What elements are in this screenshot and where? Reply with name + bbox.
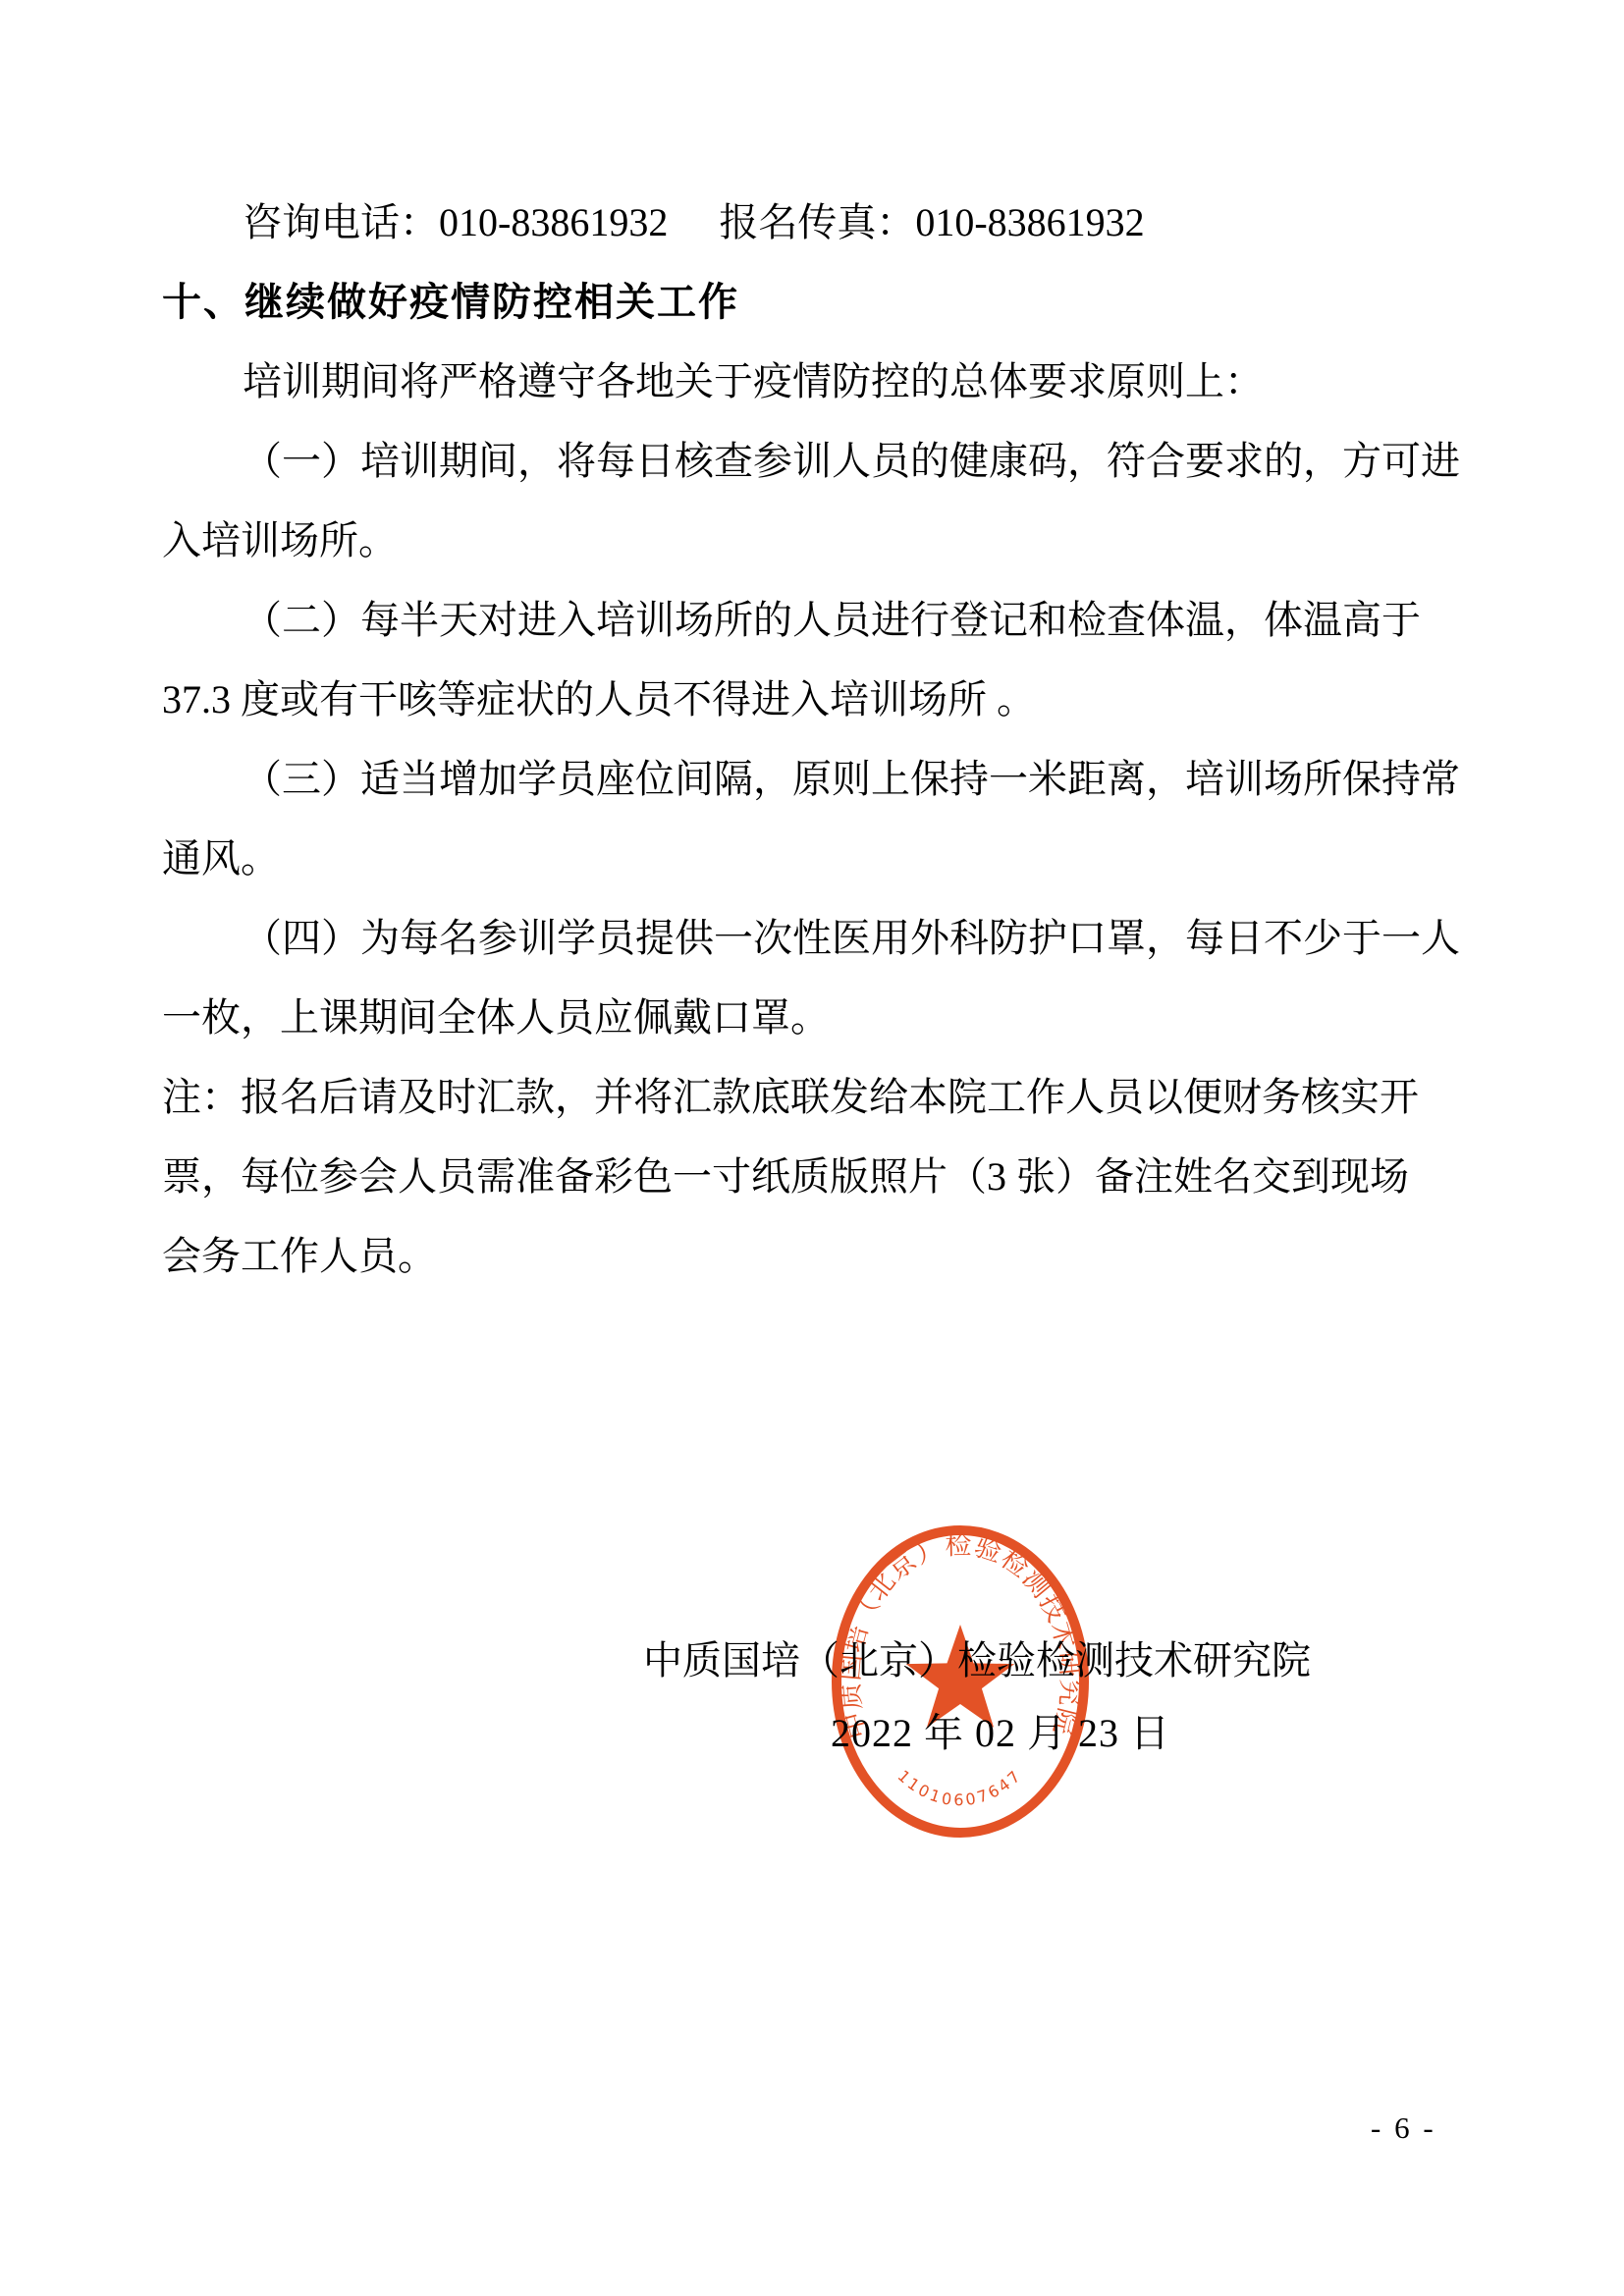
signature-date: 2022 年 02 月 23 日 — [831, 1708, 1170, 1759]
item1-line1: （一）培训期间，将每日核查参训人员的健康码，符合要求的，方可进 — [162, 421, 1486, 501]
fax-label: 报名传真： — [719, 200, 915, 244]
document-page: 咨询电话：010-83861932报名传真：010-83861932 十、继续做… — [0, 0, 1624, 2296]
item4-line1: （四）为每名参训学员提供一次性医用外科防护口罩，每日不少于一人 — [162, 898, 1486, 978]
contact-line: 咨询电话：010-83861932报名传真：010-83861932 — [162, 183, 1486, 262]
signature-organization: 中质国培（北京）检验检测技术研究院 — [643, 1635, 1311, 1686]
item3-line2: 通风。 — [162, 819, 1486, 898]
document-body: 咨询电话：010-83861932报名传真：010-83861932 十、继续做… — [162, 183, 1486, 1296]
note-line3: 会务工作人员。 — [162, 1216, 1486, 1296]
item1-line2: 入培训场所。 — [162, 501, 1486, 580]
item2-line1: （二）每半天对进入培训场所的人员进行登记和检查体温，体温高于 — [162, 580, 1486, 660]
fax-number: 010-83861932 — [915, 200, 1144, 244]
intro-line: 培训期间将严格遵守各地关于疫情防控的总体要求原则上： — [162, 342, 1486, 421]
section-heading: 十、继续做好疫情防控相关工作 — [162, 262, 1486, 342]
note-line1: 注：报名后请及时汇款，并将汇款底联发给本院工作人员以便财务核实开 — [162, 1057, 1486, 1137]
item4-line2: 一枚，上课期间全体人员应佩戴口罩。 — [162, 978, 1486, 1057]
note-line2: 票，每位参会人员需准备彩色一寸纸质版照片（3 张）备注姓名交到现场 — [162, 1137, 1486, 1216]
page-number: - 6 - — [1371, 2110, 1436, 2146]
phone-label: 咨询电话： — [243, 200, 439, 244]
phone-number: 010-83861932 — [439, 200, 668, 244]
item3-line1: （三）适当增加学员座位间隔，原则上保持一米距离，培训场所保持常 — [162, 739, 1486, 819]
item2-line2: 37.3 度或有干咳等症状的人员不得进入培训场所 。 — [162, 660, 1486, 739]
